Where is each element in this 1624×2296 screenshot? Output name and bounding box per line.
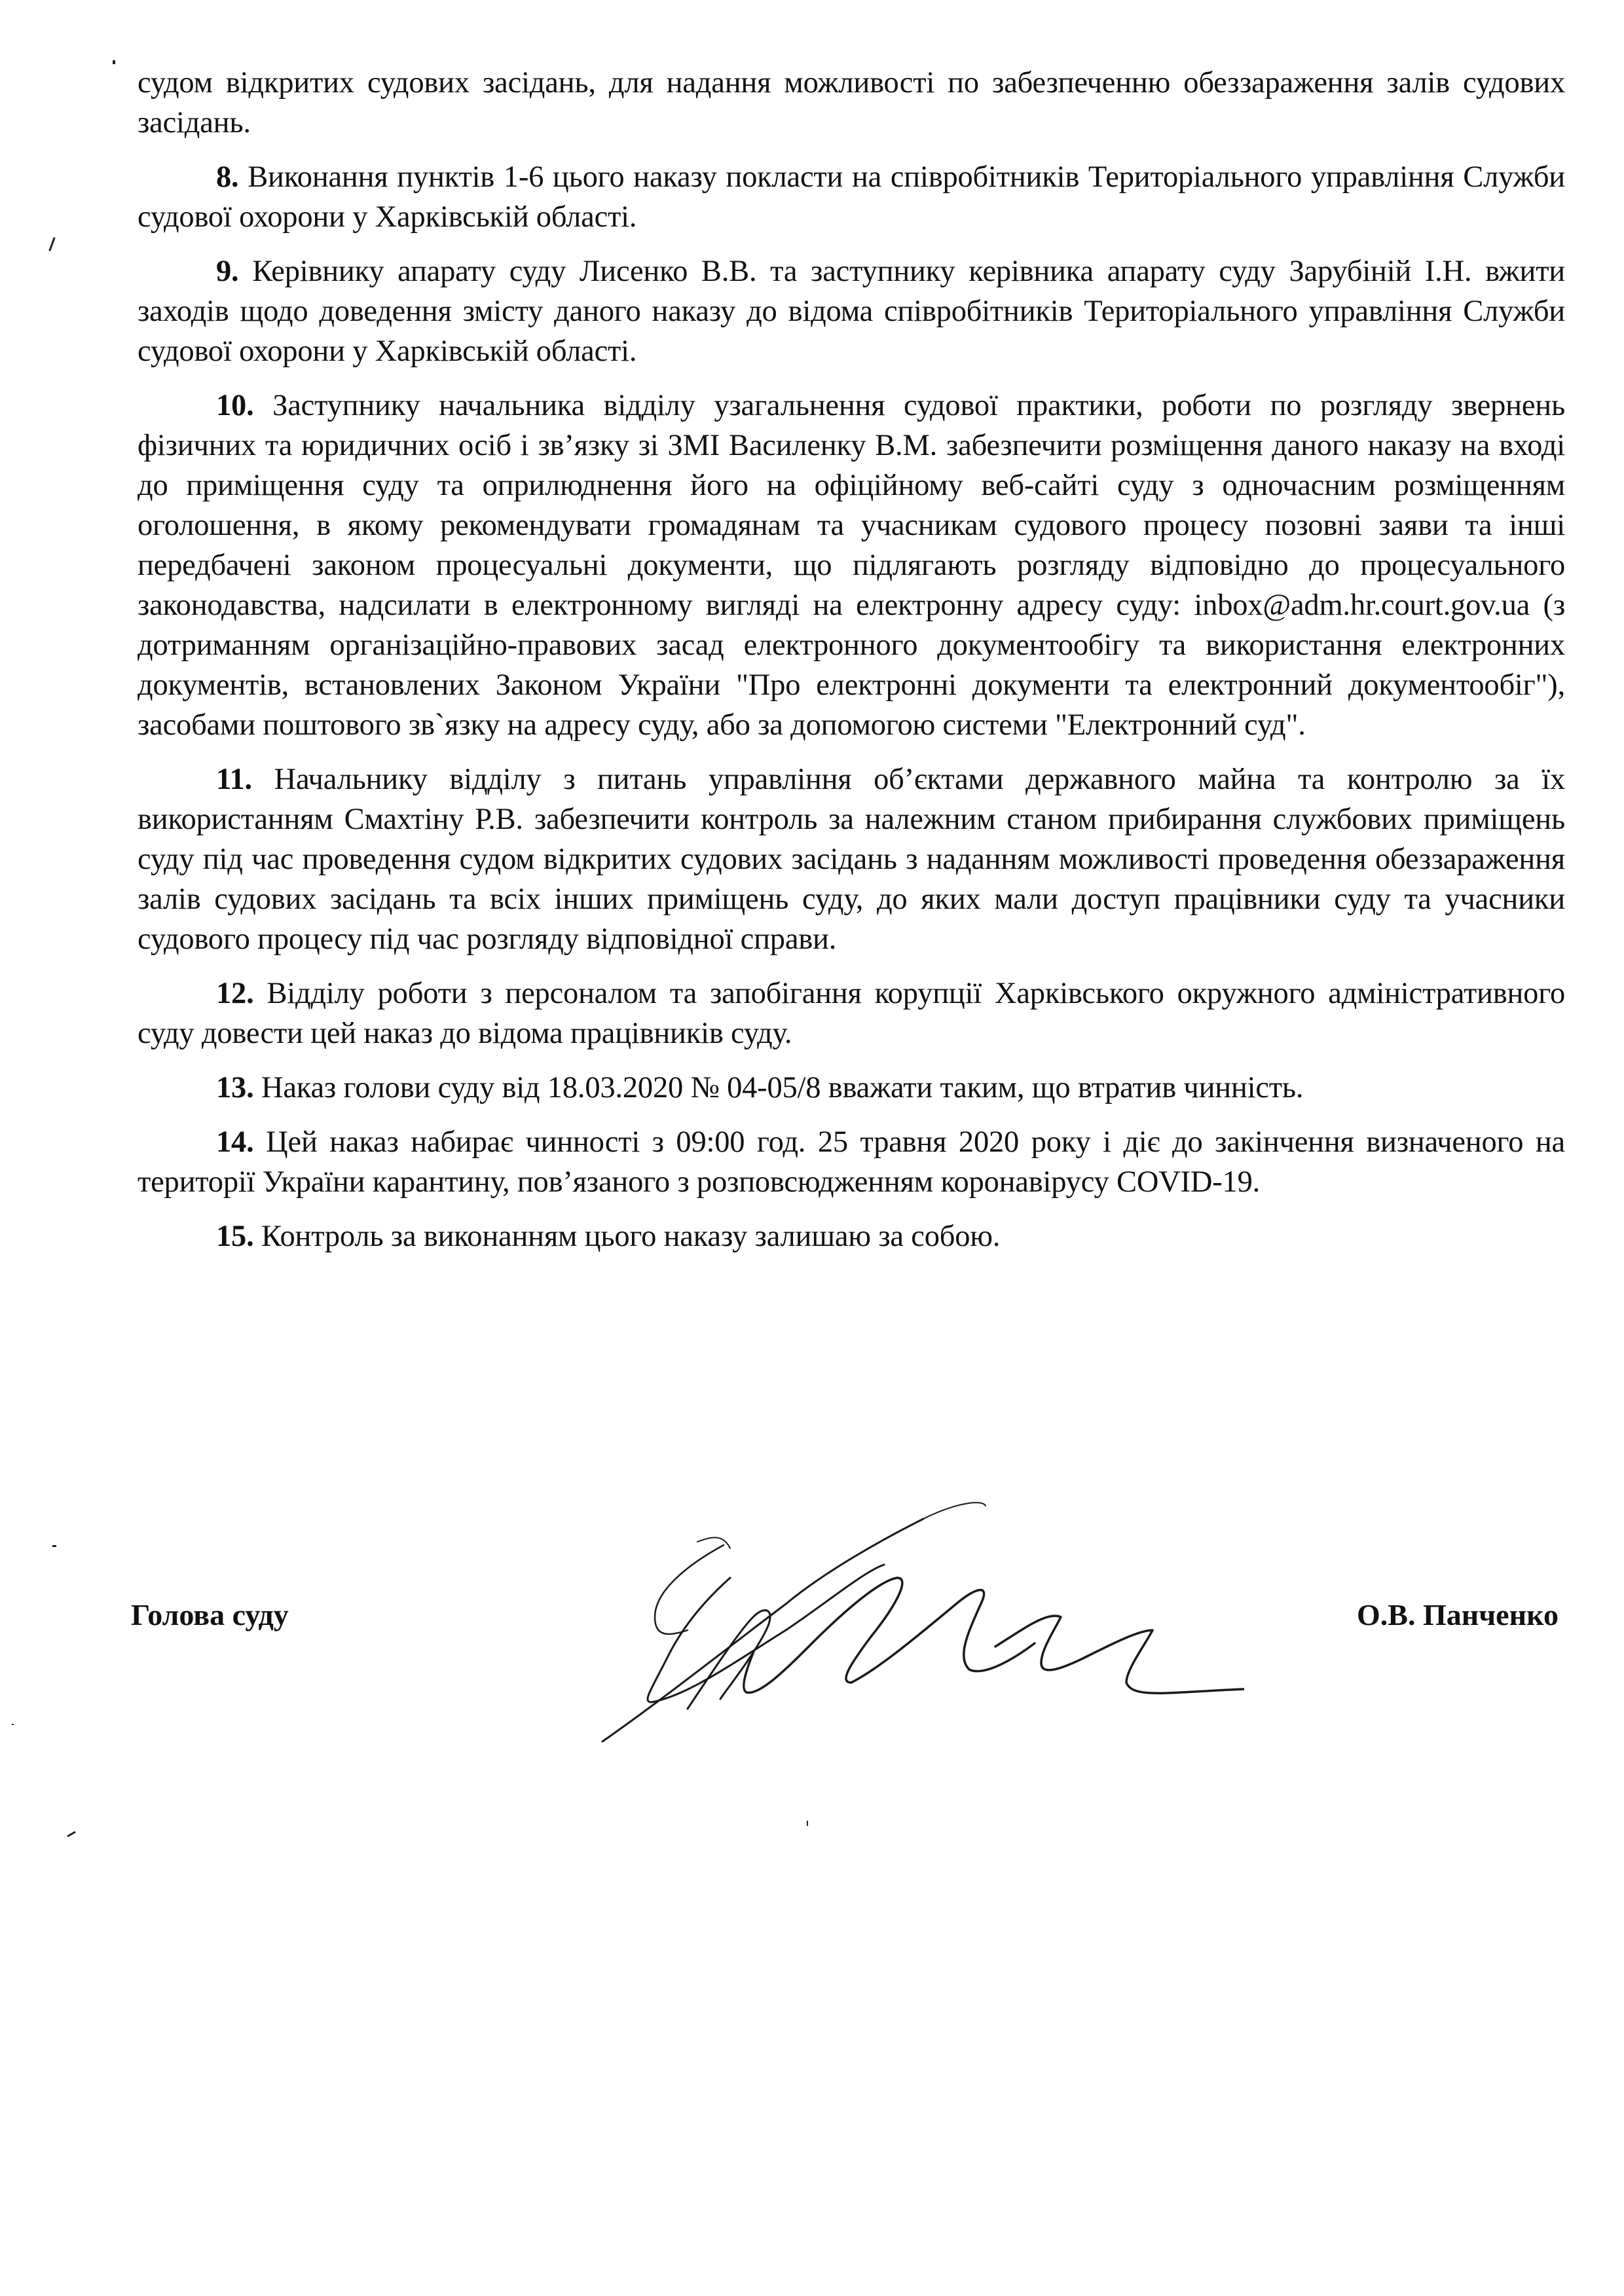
item-number: 15. (216, 1220, 254, 1253)
paragraph-item-8: 8. Виконання пунктів 1-6 цього наказу по… (138, 157, 1565, 237)
item-number: 12. (216, 977, 254, 1010)
item-text: Наказ голови суду від 18.03.2020 № 04-05… (254, 1071, 1304, 1104)
item-number: 9. (216, 255, 238, 288)
item-text: Цей наказ набирає чинності з 09:00 год. … (138, 1125, 1565, 1199)
paragraph-item-15: 15. Контроль за виконанням цього наказу … (138, 1216, 1565, 1256)
scan-mark (52, 1545, 56, 1547)
paragraph-item-13: 13. Наказ голови суду від 18.03.2020 № 0… (138, 1068, 1565, 1108)
item-text: Виконання пунктів 1-6 цього наказу покла… (138, 160, 1565, 234)
item-text: Начальнику відділу з питань управління о… (138, 763, 1565, 956)
signatory-name: О.В. Панченко (1357, 1597, 1559, 1632)
signatory-position: Голова суду (131, 1597, 289, 1632)
scan-mark (67, 1831, 76, 1838)
scan-mark (113, 60, 115, 64)
item-text: Керівнику апарату суду Лисенко В.В. та з… (138, 255, 1565, 368)
scan-mark (48, 237, 55, 251)
document-body: судом відкритих судових засідань, для на… (138, 63, 1565, 1271)
paragraph-item-11: 11. Начальнику відділу з питань управлін… (138, 759, 1565, 959)
paragraph-continuation: судом відкритих судових засідань, для на… (138, 63, 1565, 143)
item-text: Контроль за виконанням цього наказу зали… (254, 1220, 1001, 1253)
paragraph-item-14: 14. Цей наказ набирає чинності з 09:00 г… (138, 1122, 1565, 1202)
handwritten-signature (589, 1473, 1244, 1768)
document-page: судом відкритих судових засідань, для на… (0, 0, 1624, 2296)
item-number: 14. (216, 1125, 254, 1159)
scan-mark (807, 1821, 808, 1826)
item-number: 10. (216, 389, 254, 422)
paragraph-item-12: 12. Відділу роботи з персоналом та запоб… (138, 974, 1565, 1053)
item-number: 8. (216, 160, 238, 194)
item-number: 13. (216, 1071, 254, 1104)
item-number: 11. (216, 763, 252, 796)
paragraph-item-9: 9. Керівнику апарату суду Лисенко В.В. т… (138, 251, 1565, 371)
scan-mark (12, 1724, 14, 1725)
item-text: Відділу роботи з персоналом та запобіган… (138, 977, 1565, 1050)
paragraph-item-10: 10. Заступнику начальника відділу узагал… (138, 386, 1565, 745)
item-text: Заступнику начальника відділу узагальнен… (138, 389, 1565, 742)
